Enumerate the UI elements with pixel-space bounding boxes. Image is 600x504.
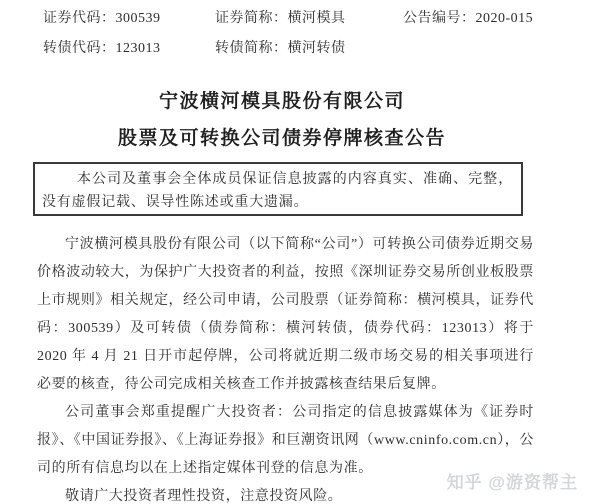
securities-name: 证券简称：横河模具 [215, 7, 346, 27]
announcement-document: 证券代码：300539 证券简称：横河模具 公告编号：2020-015 转债代码… [0, 0, 600, 504]
body-paragraph-suspension: 宁波横河模具股份有限公司（以下简称“公司”）可转换公司债券近期交易价格波动较大，… [37, 231, 534, 399]
zhihu-watermark: 知乎 @游资帮主 [447, 468, 578, 493]
document-title-company: 宁波横河模具股份有限公司 [20, 86, 544, 113]
bond-name: 转债简称：横河转债 [215, 37, 346, 57]
disclaimer-box: 本公司及董事会全体成员保证信息披露的内容真实、准确、完整，没有虚假记载、误导性陈… [33, 162, 523, 216]
securities-code: 证券代码：300539 [43, 7, 161, 27]
document-title-subject: 股票及可转换公司债券停牌核查公告 [20, 123, 544, 150]
disclaimer-text: 本公司及董事会全体成员保证信息披露的内容真实、准确、完整，没有虚假记载、误导性陈… [42, 172, 513, 210]
announcement-body: 宁波横河模具股份有限公司（以下简称“公司”）可转换公司债券近期交易价格波动较大，… [37, 231, 534, 504]
announcement-number: 公告编号：2020-015 [403, 7, 533, 27]
bond-code: 转债代码：123013 [43, 37, 161, 57]
